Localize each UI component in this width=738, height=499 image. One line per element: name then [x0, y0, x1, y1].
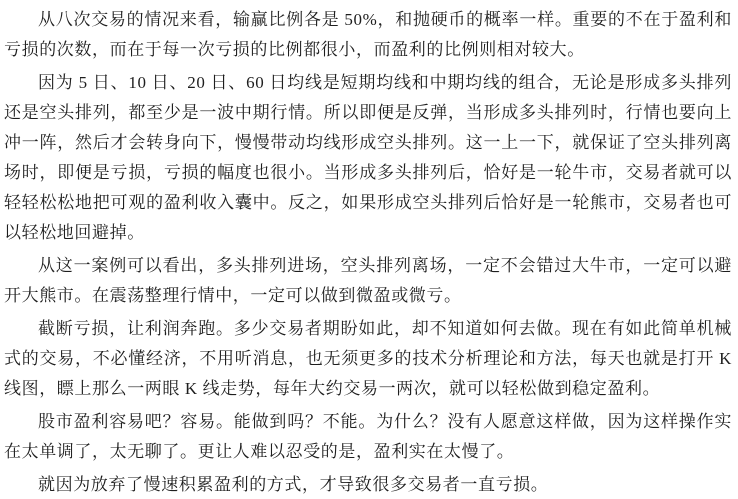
- paragraph-3: 从这一案例可以看出，多头排列进场，空头排列离场，一定不会错过大牛市，一定可以避开…: [4, 251, 732, 311]
- paragraph-5: 股市盈利容易吧？容易。能做到吗？不能。为什么？没有人愿意这样做，因为这样操作实在…: [4, 407, 732, 467]
- paragraph-6: 就因为放弃了慢速积累盈利的方式，才导致很多交易者一直亏损。: [4, 470, 732, 499]
- paragraph-1: 从八次交易的情况来看，输赢比例各是 50%，和抛硬币的概率一样。重要的不在于盈利…: [4, 5, 732, 65]
- paragraph-2: 因为 5 日、10 日、20 日、60 日均线是短期均线和中期均线的组合，无论是…: [4, 68, 732, 248]
- paragraph-4: 截断亏损，让利润奔跑。多少交易者期盼如此，却不知道如何去做。现在有如此简单机械式…: [4, 314, 732, 404]
- page: 从八次交易的情况来看，输赢比例各是 50%，和抛硬币的概率一样。重要的不在于盈利…: [0, 0, 738, 499]
